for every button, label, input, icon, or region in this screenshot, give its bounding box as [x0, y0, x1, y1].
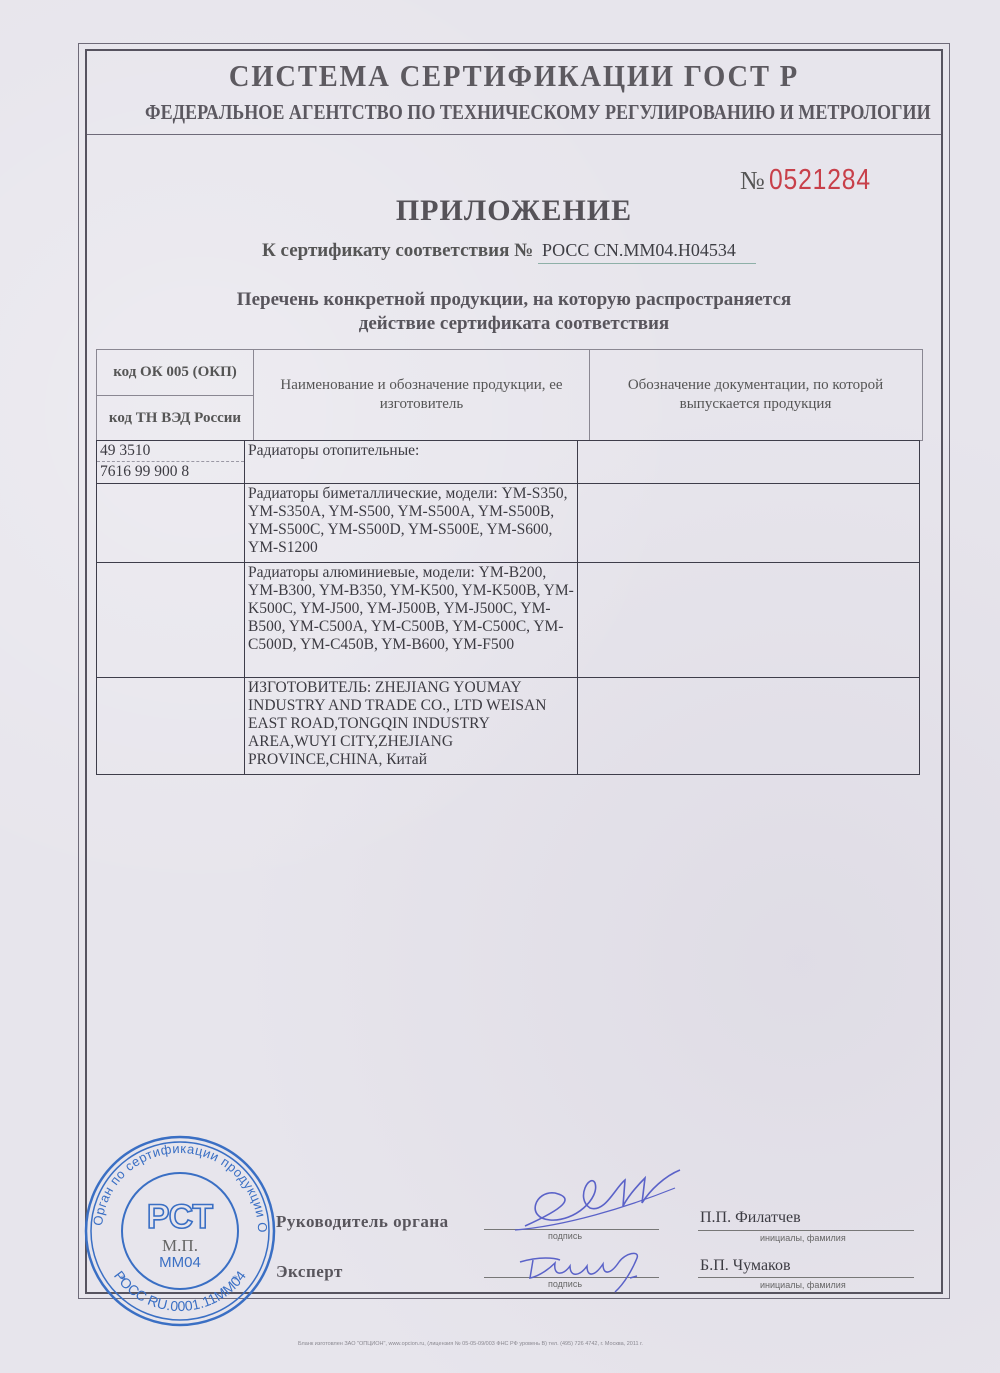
serial-value: 0521284	[769, 164, 871, 197]
stamp-code: ММ04	[159, 1254, 201, 1271]
expert-label: Эксперт	[276, 1262, 343, 1282]
certificate-number: РОСС CN.MM04.H04534	[538, 240, 756, 264]
certificate-label: К сертификату соответствия №	[262, 240, 533, 261]
documentation-cell	[578, 441, 920, 484]
header-code-okp: код ОК 005 (ОКП)	[97, 350, 253, 396]
header-documentation: Обозначение документации, по которой вып…	[590, 350, 921, 440]
code-cell	[97, 678, 245, 775]
expert-name: Б.П. Чумаков	[700, 1257, 791, 1275]
header-code-tnved: код ТН ВЭД России	[97, 396, 253, 440]
agency-subtitle: ФЕДЕРАЛЬНОЕ АГЕНТСТВО ПО ТЕХНИЧЕСКОМУ РЕ…	[145, 100, 883, 125]
table-row: Радиаторы алюминиевые, модели: YM-B200, …	[97, 563, 920, 678]
documentation-cell	[578, 678, 920, 775]
code-cell	[97, 563, 245, 678]
header-product-name: Наименование и обозначение продукции, ее…	[254, 350, 590, 440]
expert-name-hint: инициалы, фамилия	[760, 1280, 846, 1290]
document-title: ПРИЛОЖЕНИЕ	[85, 194, 943, 228]
table-row: ИЗГОТОВИТЕЛЬ: ZHEJIANG YOUMAY INDUSTRY A…	[97, 678, 920, 775]
head-name: П.П. Филатчев	[700, 1209, 801, 1227]
stamp-mp: М.П.	[162, 1236, 198, 1255]
stamp-bottom-text: РОСС RU.0001.11ММ04	[111, 1268, 249, 1314]
form-printer-footer: Бланк изготовлен ЗАО "ОПЦИОН", www.opcio…	[298, 1341, 643, 1347]
expert-name-line	[698, 1277, 914, 1278]
expert-signature	[515, 1248, 665, 1294]
system-title: СИСТЕМА СЕРТИФИКАЦИИ ГОСТ Р	[119, 58, 908, 94]
head-name-hint: инициалы, фамилия	[760, 1233, 846, 1243]
scope-line-1: Перечень конкретной продукции, на котору…	[85, 288, 943, 312]
scope-line-2: действие сертификата соответствия	[85, 312, 943, 336]
head-label: Руководитель органа	[276, 1212, 449, 1232]
code-tnved-value: 7616 99 900 8	[97, 462, 244, 483]
header-code-column: код ОК 005 (ОКП) код ТН ВЭД России	[97, 350, 254, 440]
serial-prefix: №	[740, 166, 765, 195]
certificate-reference: К сертификату соответствия № РОСС CN.MM0…	[262, 240, 756, 264]
table-header: код ОК 005 (ОКП) код ТН ВЭД России Наиме…	[96, 349, 923, 441]
product-name-cell: ИЗГОТОВИТЕЛЬ: ZHEJIANG YOUMAY INDUSTRY A…	[245, 678, 578, 775]
product-table: 49 3510 7616 99 900 8 Радиаторы отопител…	[96, 440, 920, 775]
documentation-cell	[578, 563, 920, 678]
code-okp-value: 49 3510	[97, 441, 244, 462]
svg-text:*: *	[232, 1272, 238, 1286]
svg-text:*: *	[120, 1272, 126, 1286]
table-row: 49 3510 7616 99 900 8 Радиаторы отопител…	[97, 441, 920, 484]
svg-text:РОСС RU.0001.11ММ04: РОСС RU.0001.11ММ04	[111, 1268, 249, 1314]
head-name-line	[698, 1230, 914, 1231]
product-name-cell: Радиаторы отопительные:	[245, 441, 578, 484]
head-signature	[505, 1168, 685, 1236]
rst-logo-icon: РСТ	[147, 1198, 214, 1236]
certification-stamp: Орган по сертификации продукции ООО «НТЦ…	[82, 1133, 278, 1329]
table-row: Радиаторы биметаллические, модели: YM-S3…	[97, 484, 920, 563]
code-cell	[97, 484, 245, 563]
product-name-cell: Радиаторы алюминиевые, модели: YM-B200, …	[245, 563, 578, 678]
code-cell: 49 3510 7616 99 900 8	[97, 441, 245, 484]
scope-heading: Перечень конкретной продукции, на котору…	[85, 288, 943, 336]
product-name-cell: Радиаторы биметаллические, модели: YM-S3…	[245, 484, 578, 563]
form-serial-number: №0521284	[740, 164, 889, 197]
header-divider	[87, 134, 941, 135]
documentation-cell	[578, 484, 920, 563]
